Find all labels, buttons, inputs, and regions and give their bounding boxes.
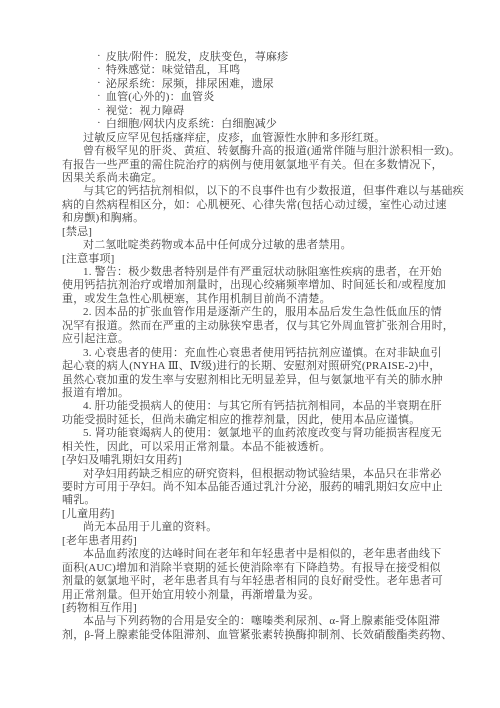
text-line: 和房颤)和胸痛。 (62, 212, 444, 225)
text-line: 3. 心衰患者的使用：充血性心衰患者使用钙拮抗剂应谨慎。在对非缺血引 (62, 347, 444, 360)
bullet-item: ·血管(心外的)：血管炎 (62, 91, 444, 104)
document-page: ·皮肤/附件：脱发，皮肤变色，荨麻疹·特殊感觉：味觉错乱，耳鸣·泌尿系统：尿频，… (0, 0, 500, 708)
bullet-text: 视觉：视力障碍 (106, 105, 184, 117)
text-line: 本品与下列药物的合用是安全的：噻嗪类利尿剂、α-肾上腺素能受体阻滞 (62, 615, 444, 628)
section-header: [老年患者用药] (62, 535, 444, 548)
text-line: 重，或发生急性心肌梗塞，其作用机制目前尚不清楚。 (62, 293, 444, 306)
bullet-item: ·皮肤/附件：脱发，皮肤变色，荨麻疹 (62, 51, 444, 64)
text-line: 本品血药浓度的达峰时间在老年和年轻患者中是相似的，老年患者曲线下 (62, 548, 444, 561)
text-line: 哺乳。 (62, 494, 444, 507)
text-line: 有报告一些严重的需住院治疗的病例与使用氨氯地平有关。但在多数情况下， (62, 159, 444, 172)
bullet-icon: · (97, 104, 101, 117)
text-line: 病的自然病程相区分，如：心肌梗死、心律失常(包括心动过缓，室性心动过速 (62, 199, 444, 212)
section-header: [儿童用药] (62, 508, 444, 521)
text-line: 因果关系尚未确定。 (62, 172, 444, 185)
text-line: 相关性，因此，可以采用正常剂量。本品不能被透析。 (62, 441, 444, 454)
text-line: 起心衰的病人(NYHA Ⅲ、Ⅳ级)进行的长期、安慰剂对照研究(PRAISE-2)… (62, 360, 444, 373)
text-line: 尚无本品用于儿童的资料。 (62, 521, 444, 534)
text-line: 1. 警告：极少数患者特别是伴有严重冠状动脉阻塞性疾病的患者，在开始 (62, 266, 444, 279)
bullet-text: 白细胞/网状内皮系统：白细胞减少 (106, 118, 277, 130)
bullet-item: ·特殊感觉：味觉错乱，耳鸣 (62, 64, 444, 77)
text-line: 5. 肾功能衰竭病人的使用：氨氯地平的血药浓度改变与肾功能损害程度无 (62, 427, 444, 440)
bullet-item: ·视觉：视力障碍 (62, 105, 444, 118)
bullet-text: 血管(心外的)：血管炎 (106, 91, 215, 103)
section-header: [孕妇及哺乳期妇女用药] (62, 454, 444, 467)
text-line: 使用钙拮抗剂治疗或增加剂量时，出现心绞痛频率增加、时间延长和/或程度加 (62, 279, 444, 292)
bullet-icon: · (97, 63, 101, 76)
text-line: 报道有增加。 (62, 387, 444, 400)
text-line: 过敏反应罕见包括瘙痒症，皮疹，血管源性水肿和多形红斑。 (62, 132, 444, 145)
bullet-item: ·泌尿系统：尿频，排尿困难，遗尿 (62, 78, 444, 91)
section-header: [禁忌] (62, 226, 444, 239)
bullet-icon: · (97, 117, 101, 130)
text-line: 虽然心衰加重的发生率与安慰剂相比无明显差异，但与氨氯地平有关的肺水肿 (62, 374, 444, 387)
bullet-text: 特殊感觉：味觉错乱，耳鸣 (106, 64, 240, 76)
text-line: 剂，β-肾上腺素能受体阻滞剂、血管紧张素转换酶抑制剂、长效硝酸酯类药物、 (62, 629, 444, 642)
text-line: 对孕妇用药缺乏相应的研究资料，但根据动物试验结果，本品只在非常必 (62, 468, 444, 481)
text-line: 应引起注意。 (62, 333, 444, 346)
section-header: [药物相互作用] (62, 602, 444, 615)
bullet-text: 泌尿系统：尿频，排尿困难，遗尿 (106, 78, 274, 90)
bullet-icon: · (97, 50, 101, 63)
text-line: 对二氢吡啶类药物或本品中任何成分过敏的患者禁用。 (62, 239, 444, 252)
text-line: 4. 肝功能受损病人的使用：与其它所有钙拮抗剂相同，本品的半衰期在肝 (62, 400, 444, 413)
text-line: 功能受损时延长，但尚未确定相应的推荐剂量，因此，使用本品应谨慎。 (62, 414, 444, 427)
text-line: 要时方可用于孕妇。尚不知本品能否通过乳汁分泌，服药的哺乳期妇女应中止 (62, 481, 444, 494)
text-line: 2. 因本品的扩张血管作用是逐渐产生的，服用本品后发生急性低血压的情 (62, 306, 444, 319)
section-header: [注意事项] (62, 253, 444, 266)
bullet-item: ·白细胞/网状内皮系统：白细胞减少 (62, 118, 444, 131)
text-line: 用正常剂量。但开始宜用较小剂量，再渐增量为妥。 (62, 589, 444, 602)
text-line: 曾有极罕见的肝炎、黄疸、转氨酶升高的报道(通常伴随与胆汁淤积相一致)。 (62, 145, 444, 158)
text-line: 与其它的钙拮抗剂相似，以下的不良事件也有少数报道，但事件难以与基础疾 (62, 185, 444, 198)
text-line: 况罕有报道。然而在严重的主动脉狭窄患者，仅与其它外周血管扩张剂合用时， (62, 320, 444, 333)
document-body: ·皮肤/附件：脱发，皮肤变色，荨麻疹·特殊感觉：味觉错乱，耳鸣·泌尿系统：尿频，… (62, 51, 444, 642)
bullet-icon: · (97, 90, 101, 103)
bullet-text: 皮肤/附件：脱发，皮肤变色，荨麻疹 (106, 51, 288, 63)
bullet-icon: · (97, 77, 101, 90)
text-line: 面积(AUC)增加和消除半衰期的延长使消除率有下降趋势。有报导在接受相似 (62, 562, 444, 575)
text-line: 剂量的氨氯地平时，老年患者具有与年轻患者相同的良好耐受性。老年患者可 (62, 575, 444, 588)
